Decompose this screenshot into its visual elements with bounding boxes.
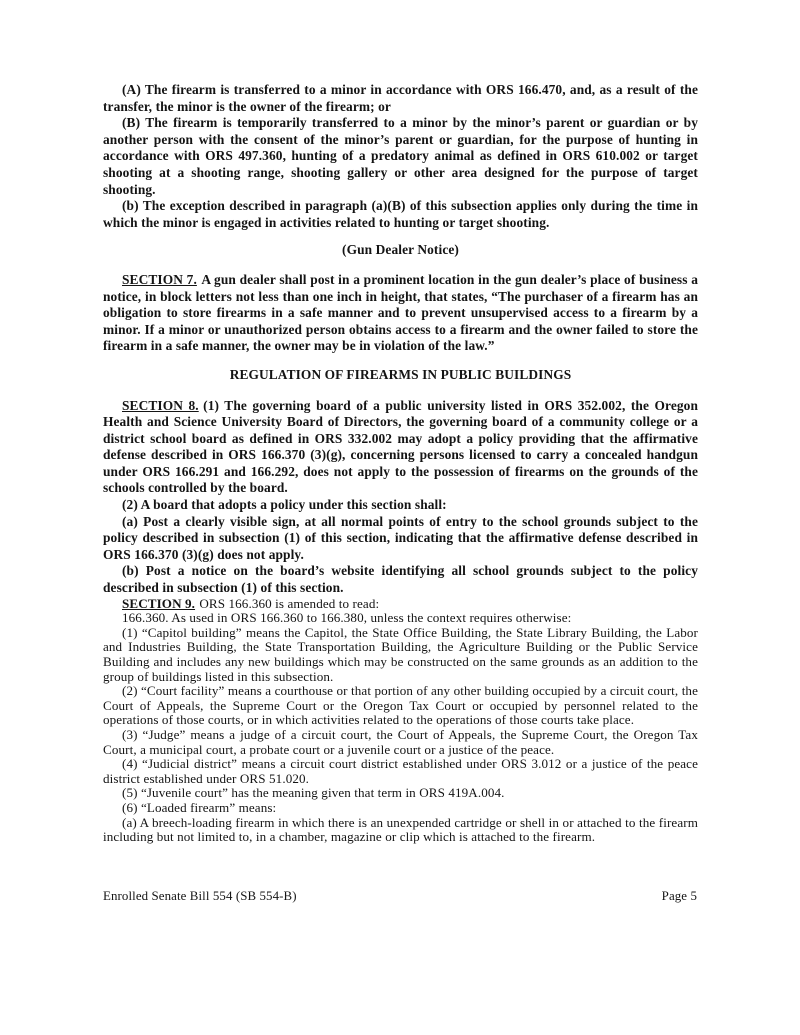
section-9-paragraph: SECTION 9.ORS 166.360 is amended to read… (103, 597, 698, 612)
ors-166-360-intro: 166.360. As used in ORS 166.360 to 166.3… (103, 611, 698, 626)
footer-page-number: Page 5 (662, 889, 697, 904)
page-footer: Enrolled Senate Bill 554 (SB 554-B) Page… (103, 889, 697, 904)
ors-166-360-def6: (6) “Loaded firearm” means: (103, 801, 698, 816)
heading-gun-dealer-notice: (Gun Dealer Notice) (103, 242, 698, 259)
section-8-paragraph: SECTION 8.(1) The governing board of a p… (103, 398, 698, 498)
ors-166-360-def2: (2) “Court facility” means a courthouse … (103, 684, 698, 728)
bill-page: (A) The firearm is transferred to a mino… (0, 0, 800, 1035)
ors-166-360-def5: (5) “Juvenile court” has the meaning giv… (103, 786, 698, 801)
ors-166-360-def4: (4) “Judicial district” means a circuit … (103, 757, 698, 786)
section-9-label: SECTION 9. (122, 596, 195, 611)
section-7-label: SECTION 7. (122, 272, 197, 287)
footer-bill-title: Enrolled Senate Bill 554 (SB 554-B) (103, 889, 297, 904)
section-8-label: SECTION 8. (122, 398, 199, 413)
section-8-sub2a: (a) Post a clearly visible sign, at all … (103, 514, 698, 564)
section-7-paragraph: SECTION 7.A gun dealer shall post in a p… (103, 272, 698, 355)
bill-body: (A) The firearm is transferred to a mino… (103, 82, 698, 845)
section-8-sub2: (2) A board that adopts a policy under t… (103, 497, 698, 514)
section-9-text: ORS 166.360 is amended to read: (199, 596, 379, 611)
ors-166-360-def3: (3) “Judge” means a judge of a circuit c… (103, 728, 698, 757)
ors-166-360-def6a: (a) A breech-loading firearm in which th… (103, 816, 698, 845)
paragraph-subsection-B: (B) The firearm is temporarily transferr… (103, 115, 698, 198)
section-8-sub2b: (b) Post a notice on the board’s website… (103, 563, 698, 596)
paragraph-subsection-A: (A) The firearm is transferred to a mino… (103, 82, 698, 115)
ors-166-360-def1: (1) “Capitol building” means the Capitol… (103, 626, 698, 684)
heading-regulation-firearms: REGULATION OF FIREARMS IN PUBLIC BUILDIN… (103, 367, 698, 384)
paragraph-subsection-b: (b) The exception described in paragraph… (103, 198, 698, 231)
